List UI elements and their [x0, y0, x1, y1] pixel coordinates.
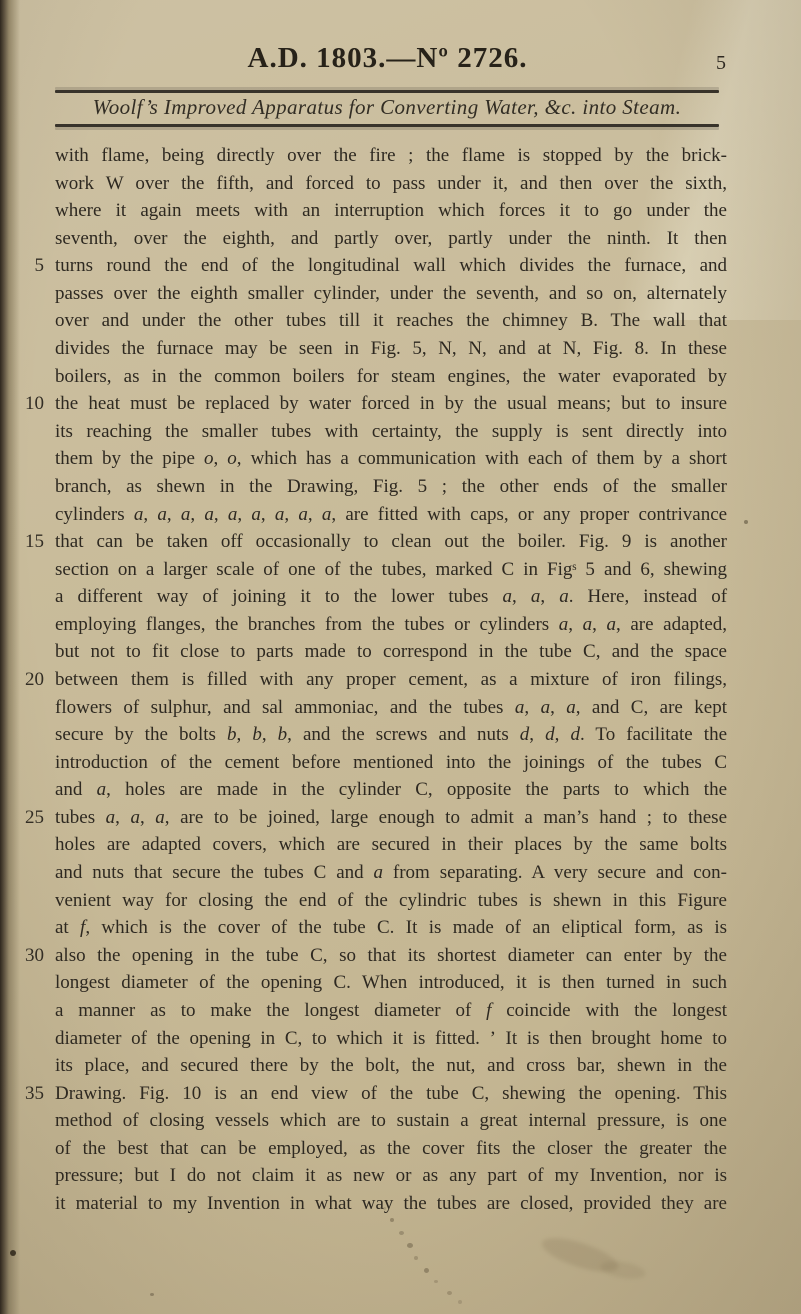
body-line: secure by the bolts b, b, b, and the scr… [55, 721, 727, 749]
body-line: with flame, being directly over the fire… [55, 142, 727, 170]
line-number [0, 225, 55, 253]
line-number: 10 [0, 390, 55, 418]
text-line-row: method of closing vessels which are to s… [0, 1107, 801, 1135]
body-line: flowers of sulphur, and sal ammoniac, an… [55, 694, 727, 722]
body-line: Drawing. Fig. 10 is an end view of the t… [55, 1080, 727, 1108]
body-line: turns round the end of the longitudinal … [55, 252, 727, 280]
line-number [0, 473, 55, 501]
body-line: them by the pipe o, o, which has a commu… [55, 445, 727, 473]
text-line-row: diameter of the opening in C, to which i… [0, 1025, 801, 1053]
line-number [0, 335, 55, 363]
text-line-row: divides the furnace may be seen in Fig. … [0, 335, 801, 363]
line-number [0, 445, 55, 473]
body-line: that can be taken off occasionally to cl… [55, 528, 727, 556]
text-line-row: seventh, over the eighth, and partly ove… [0, 225, 801, 253]
text-line-row: at f, which is the cover of the tube C. … [0, 914, 801, 942]
text-line-row: section on a larger scale of one of the … [0, 556, 801, 584]
text-line-row: a different way of joining it to the low… [0, 583, 801, 611]
line-number [0, 969, 55, 997]
text-line-row: cylinders a, a, a, a, a, a, a, a, a, are… [0, 501, 801, 529]
line-number: 35 [0, 1080, 55, 1108]
body-line: holes are adapted covers, which are secu… [55, 831, 727, 859]
text-line-row: pressure; but I do not claim it as new o… [0, 1162, 801, 1190]
line-number [0, 1190, 55, 1218]
text-line-row: its reaching the smaller tubes with cert… [0, 418, 801, 446]
text-line-row: passes over the eighth smaller cylinder,… [0, 280, 801, 308]
text-line-row: longest diameter of the opening C. When … [0, 969, 801, 997]
page-number: 5 [700, 52, 726, 75]
body-line: but not to fit close to parts made to co… [55, 638, 727, 666]
line-number [0, 556, 55, 584]
line-number: 30 [0, 942, 55, 970]
text-line-row: 35 Drawing. Fig. 10 is an end view of th… [0, 1080, 801, 1108]
document-title: Woolf’s Improved Apparatus for Convertin… [55, 95, 719, 120]
line-number [0, 418, 55, 446]
line-number [0, 142, 55, 170]
line-number [0, 1135, 55, 1163]
line-number [0, 831, 55, 859]
text-line-row: 30 also the opening in the tube C, so th… [0, 942, 801, 970]
body-line: at f, which is the cover of the tube C. … [55, 914, 727, 942]
line-number: 15 [0, 528, 55, 556]
body-line: between them is filled with any proper c… [55, 666, 727, 694]
body-line: introduction of the cement before mentio… [55, 749, 727, 777]
text-line-row: with flame, being directly over the fire… [0, 142, 801, 170]
text-line-row: 15 that can be taken off occasionally to… [0, 528, 801, 556]
divider-rule-bottom [55, 124, 719, 127]
line-number [0, 749, 55, 777]
line-number: 5 [0, 252, 55, 280]
patent-body-text: with flame, being directly over the fire… [0, 142, 801, 1218]
text-line-row: boilers, as in the common boilers for st… [0, 363, 801, 391]
text-line-row: work W over the fifth, and forced to pas… [0, 170, 801, 198]
text-line-row: 5 turns round the end of the longitudina… [0, 252, 801, 280]
line-number: 20 [0, 666, 55, 694]
body-line: it material to my Invention in what way … [55, 1190, 727, 1218]
body-line: a manner as to make the longest diameter… [55, 997, 727, 1025]
text-line-row: 10 the heat must be replaced by water fo… [0, 390, 801, 418]
text-line-row: 25 tubes a, a, a, are to be joined, larg… [0, 804, 801, 832]
body-line: venient way for closing the end of the c… [55, 887, 727, 915]
text-line-row: and nuts that secure the tubes C and a f… [0, 859, 801, 887]
line-number [0, 1107, 55, 1135]
body-line: its reaching the smaller tubes with cert… [55, 418, 727, 446]
body-line: branch, as shewn in the Drawing, Fig. 5 … [55, 473, 727, 501]
text-line-row: its place, and secured there by the bolt… [0, 1052, 801, 1080]
body-line: tubes a, a, a, are to be joined, large e… [55, 804, 727, 832]
stain-faint-blob-2 [599, 1258, 647, 1282]
text-line-row: of the best that can be employed, as the… [0, 1135, 801, 1163]
body-line: pressure; but I do not claim it as new o… [55, 1162, 727, 1190]
line-number [0, 721, 55, 749]
line-number [0, 997, 55, 1025]
body-line: section on a larger scale of one of the … [55, 556, 727, 584]
body-line: its place, and secured there by the bolt… [55, 1052, 727, 1080]
text-line-row: venient way for closing the end of the c… [0, 887, 801, 915]
text-line-row: secure by the bolts b, b, b, and the scr… [0, 721, 801, 749]
stain-faint-blob [538, 1231, 622, 1279]
text-line-row: employing flanges, the branches from the… [0, 611, 801, 639]
body-line: divides the furnace may be seen in Fig. … [55, 335, 727, 363]
body-line: employing flanges, the branches from the… [55, 611, 727, 639]
line-number [0, 638, 55, 666]
text-line-row: introduction of the cement before mentio… [0, 749, 801, 777]
line-number [0, 280, 55, 308]
body-line: also the opening in the tube C, so that … [55, 942, 727, 970]
text-line-row: flowers of sulphur, and sal ammoniac, an… [0, 694, 801, 722]
body-line: where it again meets with an interruptio… [55, 197, 727, 225]
body-line: passes over the eighth smaller cylinder,… [55, 280, 727, 308]
line-number [0, 859, 55, 887]
line-number [0, 694, 55, 722]
body-line: over and under the other tubes till it r… [55, 307, 727, 335]
patent-page: A.D. 1803.—Nº 2726. 5 Woolf’s Improved A… [0, 0, 801, 1314]
body-line: longest diameter of the opening C. When … [55, 969, 727, 997]
body-line: the heat must be replaced by water force… [55, 390, 727, 418]
text-line-row: over and under the other tubes till it r… [0, 307, 801, 335]
line-number [0, 363, 55, 391]
text-line-row: holes are adapted covers, which are secu… [0, 831, 801, 859]
body-line: seventh, over the eighth, and partly ove… [55, 225, 727, 253]
text-line-row: a manner as to make the longest diameter… [0, 997, 801, 1025]
line-number [0, 1025, 55, 1053]
body-line: cylinders a, a, a, a, a, a, a, a, a, are… [55, 501, 727, 529]
body-line: boilers, as in the common boilers for st… [55, 363, 727, 391]
page-header-title: A.D. 1803.—Nº 2726. [55, 42, 720, 75]
line-number [0, 1052, 55, 1080]
line-number [0, 1162, 55, 1190]
text-line-row: where it again meets with an interruptio… [0, 197, 801, 225]
line-number [0, 307, 55, 335]
line-number [0, 197, 55, 225]
text-line-row: and a, holes are made in the cylinder C,… [0, 776, 801, 804]
body-line: method of closing vessels which are to s… [55, 1107, 727, 1135]
line-number [0, 170, 55, 198]
text-line-row: it material to my Invention in what way … [0, 1190, 801, 1218]
body-line: diameter of the opening in C, to which i… [55, 1025, 727, 1053]
text-line-row: them by the pipe o, o, which has a commu… [0, 445, 801, 473]
line-number [0, 501, 55, 529]
line-number: 25 [0, 804, 55, 832]
text-line-row: branch, as shewn in the Drawing, Fig. 5 … [0, 473, 801, 501]
line-number [0, 914, 55, 942]
text-line-row: but not to fit close to parts made to co… [0, 638, 801, 666]
line-number [0, 776, 55, 804]
text-line-row: 20 between them is filled with any prope… [0, 666, 801, 694]
body-line: of the best that can be employed, as the… [55, 1135, 727, 1163]
divider-rule-top [55, 90, 719, 93]
body-line: and nuts that secure the tubes C and a f… [55, 859, 727, 887]
stain-small-dot-2 [150, 1293, 154, 1296]
body-line: and a, holes are made in the cylinder C,… [55, 776, 727, 804]
body-line: a different way of joining it to the low… [55, 583, 727, 611]
line-number [0, 583, 55, 611]
line-number [0, 611, 55, 639]
body-line: work W over the fifth, and forced to pas… [55, 170, 727, 198]
line-number [0, 887, 55, 915]
